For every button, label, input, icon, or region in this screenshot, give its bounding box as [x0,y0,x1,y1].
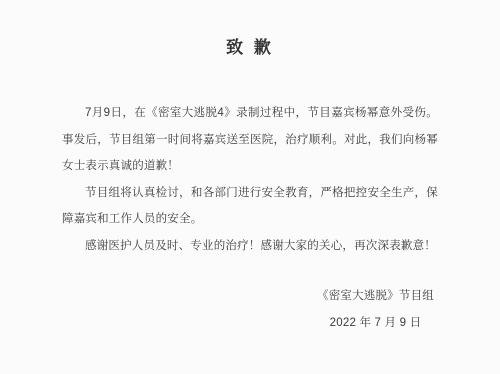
signature-inner: 《密室大逃脱》节目组 2022 年 7 月 9 日 [317,283,434,336]
signature-program-team: 《密室大逃脱》节目组 [317,283,434,310]
apology-letter-page: 致 歉 7月9日，在《密室大逃脱4》录制过程中，节目嘉宾杨幂意外受伤。事发后，节… [0,0,500,374]
letter-paragraph-incident: 7月9日，在《密室大逃脱4》录制过程中，节目嘉宾杨幂意外受伤。事发后，节目组第一… [62,100,438,180]
letter-paragraph-thanks: 感谢医护人员及时、专业的治疗！感谢大家的关心，再次深表歉意！ [62,233,438,260]
letter-title: 致 歉 [0,0,500,58]
letter-paragraph-measures: 节目组将认真检讨，和各部门进行安全教育，严格把控安全生产，保障嘉宾和工作人员的安… [62,180,438,233]
signature-block: 《密室大逃脱》节目组 2022 年 7 月 9 日 [62,283,438,336]
letter-date: 2022 年 7 月 9 日 [317,310,434,337]
letter-body: 7月9日，在《密室大逃脱4》录制过程中，节目嘉宾杨幂意外受伤。事发后，节目组第一… [62,100,438,336]
